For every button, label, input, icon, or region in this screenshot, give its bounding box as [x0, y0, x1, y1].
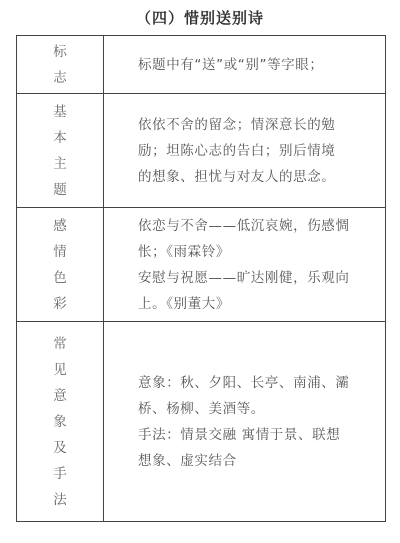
content-line: 的想象、担忧与对友人的思念。 [138, 164, 375, 190]
content-line: 依依不舍的留念；情深意长的勉 [138, 112, 375, 138]
content-line: 标题中有“送”或“别”等字眼； [138, 52, 375, 78]
table-row-marker: 标志 标题中有“送”或“别”等字眼； [17, 36, 386, 94]
row-content-cell: 标题中有“送”或“别”等字眼； [104, 36, 386, 94]
row-content-cell: 依恋与不舍——低沉哀婉，伤感惆 怅；《雨霖铃》 安慰与祝愿——旷达刚健，乐观向 … [104, 208, 386, 322]
content-line: 桥、杨柳、美酒等。 [138, 396, 375, 422]
table-row-imagery: 常见意象及手法 意象：秋、夕阳、长亭、南浦、灞 桥、杨柳、美酒等。 手法：情景交… [17, 322, 386, 522]
row-label: 基本主题 [52, 99, 68, 203]
row-label-cell: 常见意象及手法 [17, 322, 104, 522]
page-title: （四）惜别送别诗 [0, 7, 400, 29]
row-label-cell: 基本主题 [17, 94, 104, 208]
content-line: 想象、虚实结合 [138, 448, 375, 474]
content-line: 手法：情景交融 寓情于景、联想 [138, 422, 375, 448]
content-line: 怅；《雨霖铃》 [138, 239, 375, 265]
content-line: 上。《别董大》 [138, 291, 375, 317]
content-line: 依恋与不舍——低沉哀婉，伤感惆 [138, 213, 375, 239]
summary-table: 标志 标题中有“送”或“别”等字眼； 基本主题 依依不舍的留念；情深意长的勉 励… [16, 35, 386, 522]
content-line: 励；坦陈心志的告白；别后情境 [138, 138, 375, 164]
row-label: 常见意象及手法 [52, 331, 68, 513]
content-line: 意象：秋、夕阳、长亭、南浦、灞 [138, 370, 375, 396]
content-line: 安慰与祝愿——旷达刚健，乐观向 [138, 265, 375, 291]
row-label: 标志 [52, 39, 68, 91]
row-label-cell: 标志 [17, 36, 104, 94]
table-row-emotion: 感情色彩 依恋与不舍——低沉哀婉，伤感惆 怅；《雨霖铃》 安慰与祝愿——旷达刚健… [17, 208, 386, 322]
row-label-cell: 感情色彩 [17, 208, 104, 322]
row-content-cell: 依依不舍的留念；情深意长的勉 励；坦陈心志的告白；别后情境 的想象、担忧与对友人… [104, 94, 386, 208]
table-row-theme: 基本主题 依依不舍的留念；情深意长的勉 励；坦陈心志的告白；别后情境 的想象、担… [17, 94, 386, 208]
row-content-cell: 意象：秋、夕阳、长亭、南浦、灞 桥、杨柳、美酒等。 手法：情景交融 寓情于景、联… [104, 322, 386, 522]
row-label: 感情色彩 [52, 213, 68, 317]
